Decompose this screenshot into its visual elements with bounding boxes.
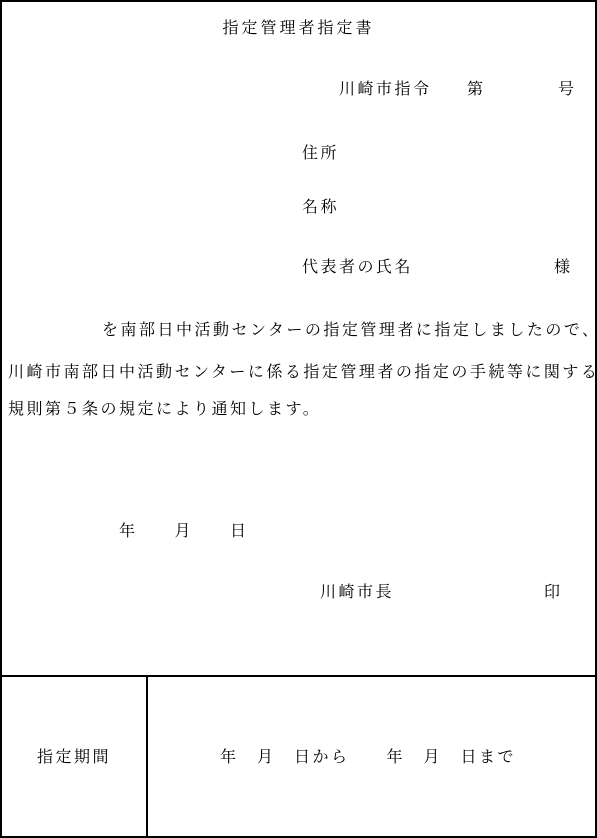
period-value-cell: 年 月 日から 年 月 日まで xyxy=(148,677,595,836)
body-text-line-2: 川崎市南部日中活動センターに係る指定管理者の指定の手続等に関する xyxy=(8,362,597,382)
period-value-blanks: 年 月 日から 年 月 日まで xyxy=(220,747,516,767)
period-table: 指定期間 年 月 日から 年 月 日まで xyxy=(2,675,595,836)
document-title: 指定管理者指定書 xyxy=(2,18,595,38)
body-text-line-1: を南部日中活動センターの指定管理者に指定しましたので、 xyxy=(102,320,597,340)
recipient-representative-label: 代表者の氏名 xyxy=(302,257,413,277)
recipient-honorific: 様 xyxy=(554,257,573,277)
designation-notice-document: 指定管理者指定書 川崎市指令 第 号 住所 名称 代表者の氏名 様 を南部日中活… xyxy=(0,0,597,838)
issuer-name: 川崎市長 xyxy=(320,582,394,602)
directive-number-prefix: 川崎市指令 xyxy=(339,79,432,99)
body-text-line-3: 規則第５条の規定により通知します。 xyxy=(8,399,321,419)
period-label-cell: 指定期間 xyxy=(2,677,148,836)
period-label: 指定期間 xyxy=(37,747,111,767)
issue-date-blanks: 年 月 日 xyxy=(119,521,249,541)
issuer-seal-placeholder: 印 xyxy=(544,582,563,602)
recipient-name-label: 名称 xyxy=(302,197,339,217)
directive-number-label: 第 xyxy=(467,79,486,99)
directive-number-suffix: 号 xyxy=(558,79,577,99)
recipient-address-label: 住所 xyxy=(302,143,339,163)
